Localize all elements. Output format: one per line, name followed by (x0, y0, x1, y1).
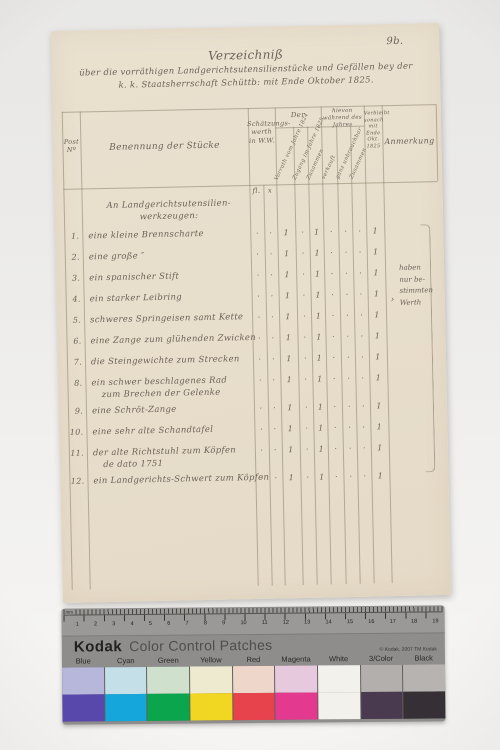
patch-label: 3/Color (360, 654, 403, 663)
ruler-number: 19 (432, 618, 438, 624)
cell-vorrath: 1 (281, 374, 297, 386)
cell-zusammen1: 1 (313, 352, 326, 364)
color-patch-solid (404, 691, 446, 718)
color-patch-tint (105, 667, 147, 694)
ruler-number: 16 (368, 619, 374, 625)
cell-verbleibt: 1 (371, 400, 387, 412)
cell-zusammen1: 1 (312, 310, 325, 322)
cell-fl: · (252, 312, 266, 324)
color-patch-solid (276, 692, 318, 719)
cell-zugang: · (301, 472, 314, 484)
cell-zugang: · (299, 353, 312, 365)
cell-zusammen1: 1 (311, 247, 324, 259)
cell-verkauft: · (326, 289, 340, 301)
cell-unbrauchbar: · (341, 310, 354, 322)
cell-unbrauchbar: · (342, 352, 355, 364)
cell-zugang: · (299, 374, 312, 386)
cell-zugang: · (300, 402, 313, 414)
ruler-number: 8 (204, 620, 207, 626)
cell-fl: · (252, 291, 266, 303)
cell-verbleibt: 1 (370, 372, 386, 384)
cell-vorrath: 1 (279, 248, 295, 260)
cell-x: · (266, 311, 279, 323)
note-brace: › (391, 295, 395, 305)
color-patch-tint (190, 666, 232, 693)
inventory-table: Post Nº Benennung der Stücke Schätzungs-… (62, 104, 446, 594)
cell-zusammen2: · (353, 226, 366, 238)
cell-zugang: · (298, 311, 311, 323)
color-patch-solid (233, 693, 275, 720)
row-number: 4. (66, 294, 81, 306)
row-number: 6. (66, 336, 81, 348)
cell-zusammen2: · (358, 471, 371, 483)
color-patch-solid (361, 692, 403, 719)
ruler-number: 9 (222, 620, 225, 626)
cell-vorrath: 1 (281, 353, 297, 365)
cell-zugang: · (301, 444, 314, 456)
cell-verkauft: · (328, 422, 342, 434)
cell-fl: · (254, 403, 268, 415)
color-patch-tint (403, 664, 445, 691)
cell-x: · (267, 374, 280, 386)
ruler-number: 10 (240, 620, 246, 626)
kodak-brand-row: Kodak Color Control Patches © Kodak, 200… (62, 633, 445, 656)
cell-vorrath: 1 (283, 444, 299, 456)
color-patch-solid (148, 694, 190, 721)
cell-unbrauchbar: · (340, 268, 353, 280)
patch-label: Green (147, 656, 190, 665)
patch-grid-solids (62, 691, 445, 721)
cell-zusammen1: 1 (314, 422, 327, 434)
ruler-number: 5 (149, 621, 152, 627)
cell-zugang: · (297, 248, 310, 260)
cell-zusammen2: · (354, 268, 367, 280)
ruler: mm 12345678910111213141516171819 (62, 606, 445, 636)
cell-vorrath: 1 (283, 472, 299, 484)
cell-verbleibt: 1 (367, 225, 383, 237)
cell-verkauft: · (326, 331, 340, 343)
cell-vorrath: 1 (278, 227, 294, 239)
cell-x: · (268, 423, 281, 435)
cell-unbrauchbar: · (341, 289, 354, 301)
cell-verbleibt: 1 (370, 351, 386, 363)
row-number: 12. (69, 476, 84, 488)
ruler-number: 1 (76, 622, 79, 628)
row-number: 9. (68, 406, 83, 418)
ruler-number: 2 (94, 621, 97, 627)
cell-vorrath: 1 (282, 423, 298, 435)
patch-label: Red (232, 655, 275, 664)
cell-x: · (269, 472, 282, 484)
cell-unbrauchbar: · (340, 247, 353, 259)
row-number: 11. (69, 448, 84, 460)
ruler-number: 14 (326, 619, 332, 625)
color-patch-tint (147, 667, 189, 694)
cell-vorrath: 1 (280, 332, 296, 344)
cell-zugang: · (298, 332, 311, 344)
ruler-number: 12 (283, 620, 289, 626)
column-group-der: Der (275, 110, 321, 120)
row-number: 2. (65, 252, 80, 264)
cell-verbleibt: 1 (371, 421, 387, 433)
cell-fl: · (252, 333, 266, 345)
column-header-schaetzungswerth: Schätzungs- werth in W.W. (247, 119, 277, 145)
cell-zusammen2: · (354, 247, 367, 259)
cell-zugang: · (298, 290, 311, 302)
cell-verkauft: · (325, 268, 339, 280)
cell-verbleibt: 1 (369, 309, 385, 321)
cell-zusammen1: 1 (312, 331, 325, 343)
cell-zusammen2: · (355, 310, 368, 322)
ruler-unit-label: mm (65, 610, 75, 615)
inventory-rows: 1. eine kleine Brennscharte · · 1 · 1 · … (64, 219, 443, 493)
cell-unbrauchbar: · (343, 422, 356, 434)
cell-unbrauchbar: · (339, 226, 352, 238)
row-number: 1. (64, 231, 79, 243)
ruler-number: 11 (262, 620, 268, 626)
cell-vorrath: 1 (282, 402, 298, 414)
ruler-number: 3 (112, 621, 115, 627)
cell-vorrath: 1 (280, 290, 296, 302)
color-patch-solid (190, 693, 232, 720)
ruler-number: 18 (411, 619, 417, 625)
kodak-logo: Kodak (74, 638, 122, 655)
ruler-number: 7 (185, 621, 188, 627)
row-number: 10. (68, 427, 83, 439)
color-patch-tint (318, 665, 360, 692)
color-patch-solid (105, 694, 147, 721)
product-name: Color Control Patches (129, 637, 272, 654)
cell-unbrauchbar: · (344, 443, 357, 455)
cell-verkauft: · (326, 310, 340, 322)
row-number: 3. (65, 273, 80, 285)
cell-x: · (264, 227, 277, 239)
ruler-number: 13 (304, 620, 310, 626)
cell-fl: · (255, 473, 269, 485)
ruler-number: 6 (167, 621, 170, 627)
cell-verkauft: · (329, 471, 343, 483)
cell-verbleibt: 1 (372, 442, 388, 454)
cell-fl: · (253, 354, 267, 366)
column-header-anmerkung: Anmerkung (382, 136, 436, 148)
cell-x: · (268, 402, 281, 414)
ruler-number: 4 (131, 621, 134, 627)
row-number: 7. (67, 357, 82, 369)
cell-verbleibt: 1 (369, 330, 385, 342)
cell-fl: · (251, 249, 265, 261)
cell-vorrath: 1 (279, 269, 295, 281)
cell-x: · (265, 248, 278, 260)
color-patch-tint (62, 667, 104, 694)
cell-zusammen2: · (357, 422, 370, 434)
cell-x: · (267, 353, 280, 365)
cell-zusammen1: 1 (310, 226, 323, 238)
color-patch-solid (318, 692, 360, 719)
color-patch-solid (62, 694, 104, 721)
ruler-number: 17 (390, 619, 396, 625)
patch-label: Blue (62, 656, 105, 665)
cell-unbrauchbar: · (343, 401, 356, 413)
cell-zugang: · (300, 423, 313, 435)
cell-zusammen1: 1 (315, 471, 328, 483)
cell-x: · (266, 290, 279, 302)
cell-zusammen1: 1 (311, 268, 324, 280)
document-page: 9b. Verzeichniß über die vorräthigen Lan… (51, 23, 451, 603)
column-header-verbleibt: Verbleibt sonach mit Ende Okt. 1825 (364, 110, 383, 149)
copyright-text: © Kodak, 2007 TM Kodak (380, 646, 437, 652)
color-patch-tint (233, 666, 275, 693)
patch-grid-tints (62, 664, 445, 694)
cell-verkauft: · (325, 247, 339, 259)
color-patch-tint (361, 665, 403, 692)
cell-unbrauchbar: · (342, 373, 355, 385)
cell-x: · (265, 269, 278, 281)
row-number: 5. (66, 315, 81, 327)
patch-label: Magenta (275, 654, 318, 663)
cell-fl: · (254, 424, 268, 436)
cell-zusammen1: 1 (315, 443, 328, 455)
patch-label: White (317, 654, 360, 663)
cell-zugang: · (296, 227, 309, 239)
cell-unbrauchbar: · (344, 471, 357, 483)
patch-label: Black (402, 653, 445, 662)
cell-fl: · (255, 445, 269, 457)
cell-verbleibt: 1 (372, 470, 388, 482)
cell-x: · (266, 332, 279, 344)
cell-zugang: · (297, 269, 310, 281)
patch-label: Cyan (104, 656, 147, 665)
cell-verbleibt: 1 (368, 246, 384, 258)
cell-fl: · (250, 228, 264, 240)
kodak-color-strip: mm 12345678910111213141516171819 Kodak C… (62, 605, 446, 724)
cell-fl: · (251, 270, 265, 282)
cell-fl: · (253, 375, 267, 387)
cell-zusammen1: 1 (314, 401, 327, 413)
cell-zusammen1: 1 (313, 373, 326, 385)
patch-label: Yellow (190, 655, 233, 664)
cell-unbrauchbar: · (341, 331, 354, 343)
cell-vorrath: 1 (280, 311, 296, 323)
cell-verkauft: · (328, 401, 342, 413)
color-patch-tint (275, 665, 317, 692)
table-body: An Landgerichtsutensilien- werkzeugen: 1… (63, 181, 443, 493)
cell-zusammen2: · (358, 443, 371, 455)
cell-verkauft: · (329, 443, 343, 455)
ruler-number: 15 (347, 619, 353, 625)
row-number: 8. (67, 378, 82, 390)
column-header-post-no: Post Nº (62, 138, 80, 155)
cell-zusammen2: · (356, 352, 369, 364)
section-heading: An Landgerichtsutensilien- werkzeugen: (84, 197, 254, 225)
cell-verbleibt: 1 (368, 267, 384, 279)
cell-zusammen1: 1 (312, 289, 325, 301)
cell-zusammen2: · (355, 289, 368, 301)
column-header-benennung: Benennung der Stücke (80, 140, 248, 155)
cell-zusammen2: · (355, 331, 368, 343)
cell-verkauft: · (327, 373, 341, 385)
cell-zusammen2: · (356, 373, 369, 385)
cell-zusammen2: · (357, 401, 370, 413)
cell-verkauft: · (327, 352, 341, 364)
cell-verbleibt: 1 (369, 288, 385, 300)
cell-verkauft: · (324, 226, 338, 238)
cell-x: · (269, 444, 282, 456)
